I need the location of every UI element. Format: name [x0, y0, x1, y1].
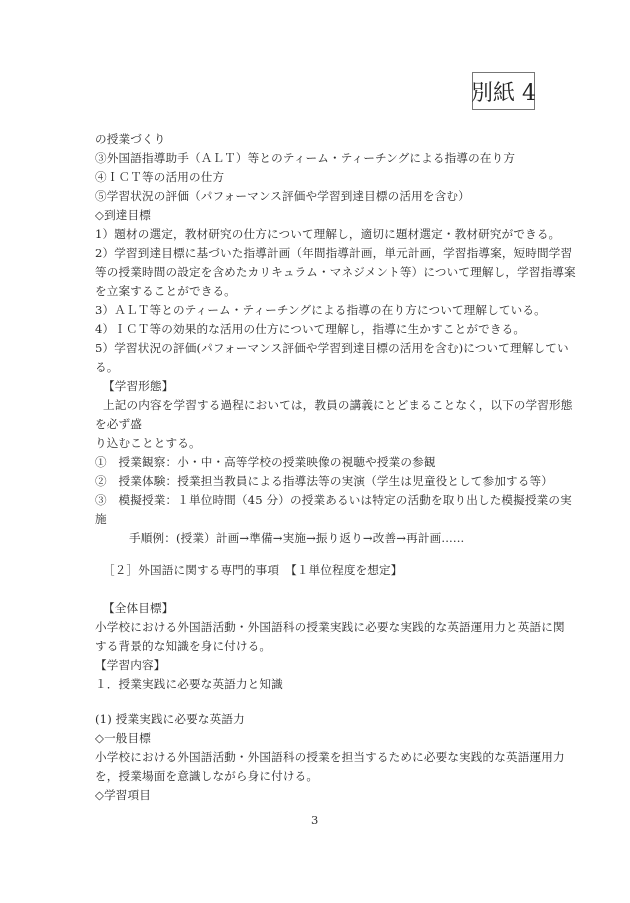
document-text-line: を立案することができる。 [95, 283, 540, 299]
document-text-line: の授業づくり [95, 131, 540, 147]
document-text-line: 上記の内容を学習する過程においては，教員の講義にとどまることなく，以下の学習形態 [103, 397, 548, 413]
document-text-line: ◇学習項目 [95, 787, 540, 803]
document-text-line: ◇一般目標 [95, 730, 540, 746]
document-text-line: 2）学習到達目標に基づいた指導計画（年間指導計画，単元計画，学習指導案，短時間学… [95, 245, 540, 261]
document-text-line: り込むこととする。 [95, 435, 540, 451]
document-text-line: ⑤学習状況の評価（パフォーマンス評価や学習到達目標の活用を含む） [95, 188, 540, 204]
document-text-line: する背景的な知識を身に付ける。 [95, 638, 540, 654]
document-text-line: 1）題材の選定，教材研究の仕方について理解し，適切に題材選定・教材研究ができる。 [95, 226, 540, 242]
document-text-line: 手順例：(授業）計画→準備→実施→振り返り→改善→再計画...... [129, 530, 574, 546]
document-text-line: ③外国語指導助手（ＡＬＴ）等とのティーム・ティーチングによる指導の在り方 [95, 150, 540, 166]
attachment-label: 別紙 4 [471, 76, 536, 107]
document-text-line: 小学校における外国語活動・外国語科の授業を担当するために必要な実践的な英語運用力 [95, 749, 540, 765]
document-text-line: 【学習内容】 [95, 657, 540, 673]
attachment-label-box: 別紙 4 [472, 72, 535, 110]
document-text-line: １．授業実践に必要な英語力と知識 [95, 676, 540, 692]
document-text-line: 等の授業時間の設定を含めたカリキュラム・マネジメント等）について理解し，学習指導… [95, 264, 540, 280]
document-text-line: 4）ＩＣＴ等の効果的な活用の仕方について理解し，指導に生かすことができる。 [95, 321, 540, 337]
document-text-line: 5）学習状況の評価(パフォーマンス評価や学習到達目標の活用を含む)について理解し… [95, 340, 540, 356]
document-text-line: 小学校における外国語活動・外国語科の授業実践に必要な実践的な英語運用力と英語に関 [95, 619, 540, 635]
document-text-line: ① 授業観察：小・中・高等学校の授業映像の視聴や授業の参観 [95, 454, 540, 470]
document-text-line: ② 授業体験：授業担当教員による指導法等の実演（学生は児童役として参加する等） [95, 473, 540, 489]
document-text-line: 【全体目標】 [103, 600, 548, 616]
document-text-line: 3）ＡＬＴ等とのティーム・ティーチングによる指導の在り方について理解している。 [95, 302, 540, 318]
document-text-line: を，授業場面を意識しながら身に付ける。 [95, 768, 540, 784]
document-text-line: ［２］外国語に関する専門的事項 【１単位程度を想定】 [103, 562, 548, 578]
document-text-line: ④ＩＣＴ等の活用の仕方 [95, 169, 540, 185]
document-text-line: を必ず盛 [95, 416, 540, 432]
document-text-line: ◇到達目標 [95, 207, 540, 223]
document-text-line: (1) 授業実践に必要な英語力 [95, 711, 540, 727]
document-text-line: 【学習形態】 [103, 378, 548, 394]
document-text-line: る。 [95, 359, 540, 375]
page-number: 3 [311, 813, 318, 827]
document-text-line: 施 [95, 511, 540, 527]
document-text-line: ③ 模擬授業：１単位時間（45 分）の授業あるいは特定の活動を取り出した模擬授業… [95, 492, 540, 508]
document-page: 別紙 4 の授業づくり③外国語指導助手（ＡＬＴ）等とのティーム・ティーチングによ… [0, 0, 630, 903]
